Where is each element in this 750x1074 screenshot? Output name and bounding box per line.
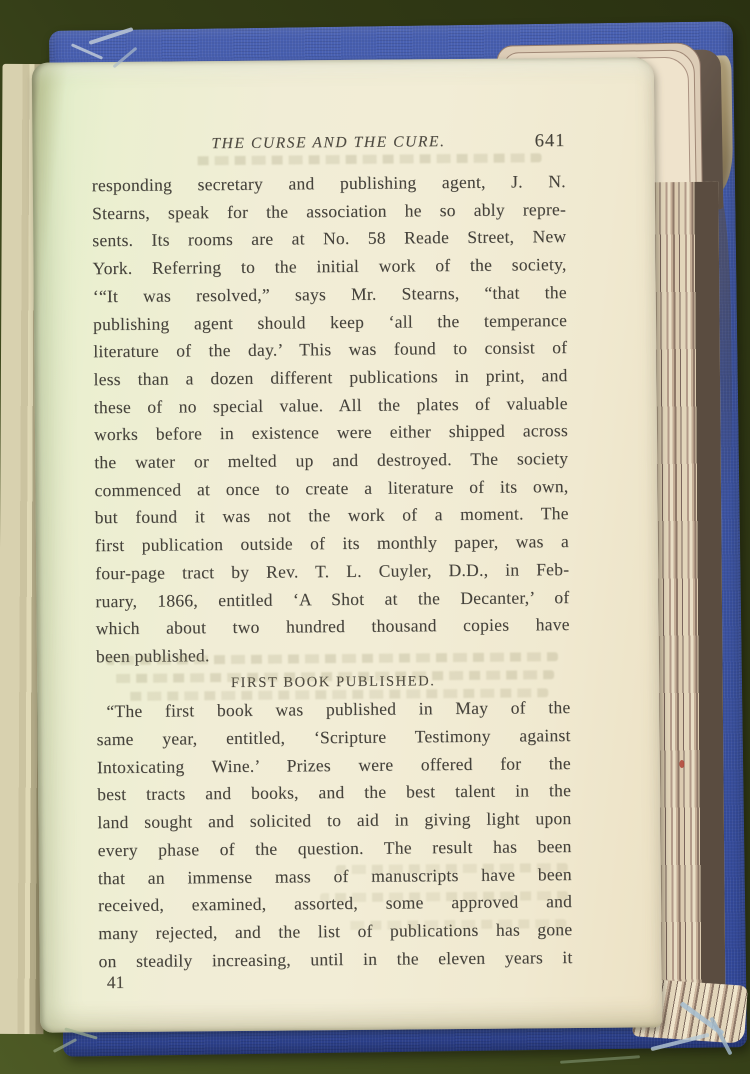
book-page: THE CURSE AND THE CURE. 641 responding s… xyxy=(32,57,662,1032)
text-line: responding secretary and publishing agen… xyxy=(92,168,566,200)
page-header-title: THE CURSE AND THE CURE. xyxy=(91,130,565,156)
show-through-text xyxy=(192,153,542,165)
page-number: 641 xyxy=(535,131,566,152)
text-line: but found it was not the work of a momen… xyxy=(95,501,569,533)
text-line: these of no special value. All the plate… xyxy=(94,390,568,422)
running-header: THE CURSE AND THE CURE. 641 xyxy=(91,130,565,156)
text-line: York. Referring to the initial work of t… xyxy=(92,251,566,283)
text-line: Stearns, speak for the association he so… xyxy=(92,196,566,228)
text-line: on steadily increasing, until in the ele… xyxy=(99,944,573,976)
text-line: works before in existence were either sh… xyxy=(94,417,568,449)
text-line: publishing agent should keep ‘all the te… xyxy=(93,307,567,339)
text-line: four-page tract by Rev. T. L. Cuyler, D.… xyxy=(95,556,569,588)
text-line: Intoxicating Wine.’ Prizes were offered … xyxy=(97,750,571,782)
text-line: land sought and solicited to aid in givi… xyxy=(97,805,571,837)
body-text: responding secretary and publishing agen… xyxy=(92,168,573,975)
scratch-mark xyxy=(560,1055,640,1064)
text-line: first publication outside of its monthly… xyxy=(95,528,569,560)
book-photo: THE CURSE AND THE CURE. 641 responding s… xyxy=(0,0,750,1074)
text-line: less than a dozen different publications… xyxy=(93,362,567,394)
show-through-text xyxy=(346,919,566,930)
text-line: ‘“It was resolved,” says Mr. Stearns, “t… xyxy=(93,279,567,311)
text-line: commenced at once to create a literature… xyxy=(94,473,568,505)
text-block: THE CURSE AND THE CURE. 641 responding s… xyxy=(91,130,573,1014)
text-line: best tracts and books, and the best tale… xyxy=(97,778,571,810)
text-line: ruary, 1866, entitled ‘A Shot at the Dec… xyxy=(95,584,569,616)
text-line: literature of the day.’ This was found t… xyxy=(93,334,567,366)
text-line: same year, entitled, ‘Scripture Testimon… xyxy=(97,722,571,754)
text-line: every phase of the question. The result … xyxy=(98,833,572,865)
text-line: the water or melted up and destroyed. Th… xyxy=(94,445,568,477)
signature-mark: 41 xyxy=(107,972,125,993)
text-line: which about two hundred thousand copies … xyxy=(96,611,570,643)
red-speck xyxy=(679,760,684,768)
text-line: sents. Its rooms are at No. 58 Reade Str… xyxy=(92,223,566,255)
